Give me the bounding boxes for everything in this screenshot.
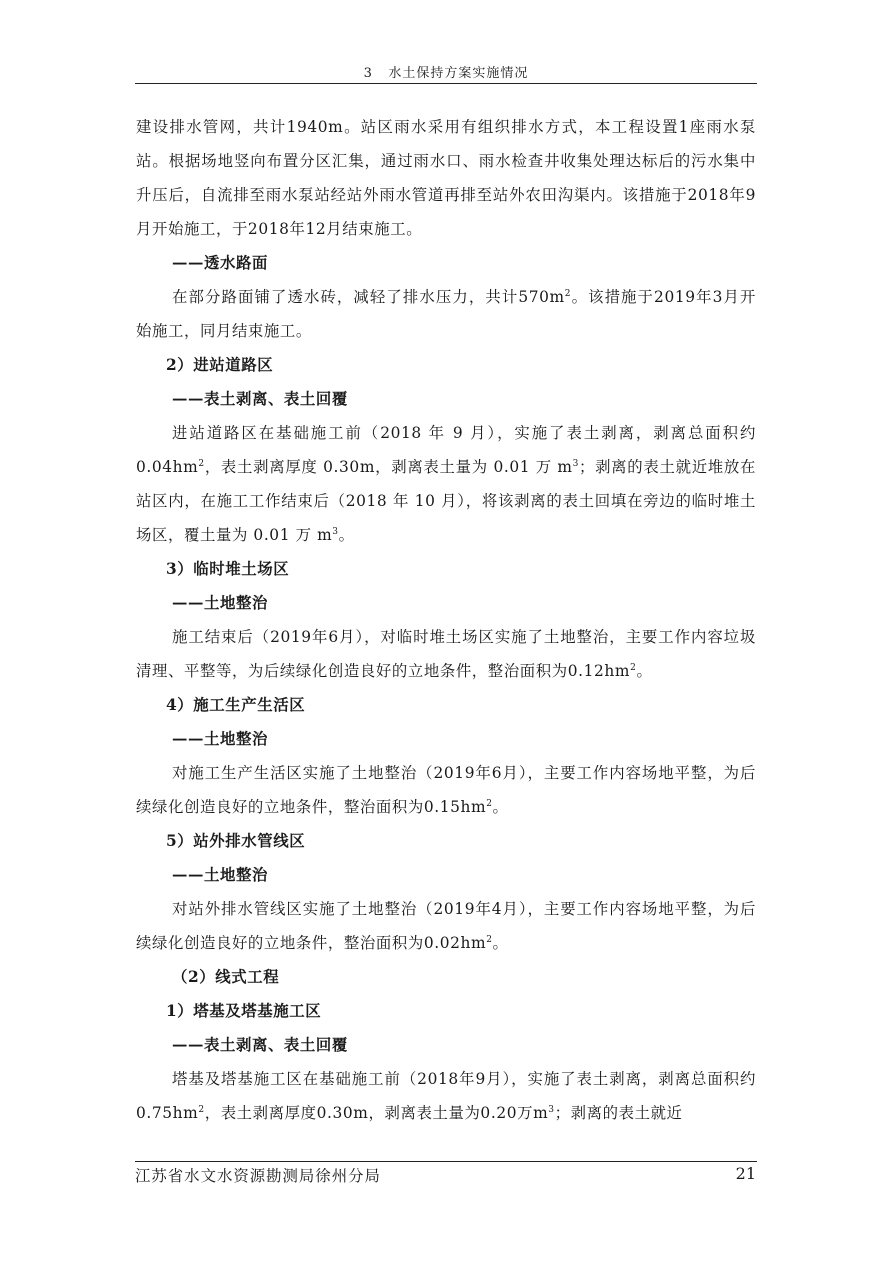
area-heading-outside-drainage: 5）站外排水管线区	[136, 824, 756, 858]
header-rule	[135, 83, 757, 84]
area-heading-temp-soil-yard: 3）临时堆土场区	[136, 552, 756, 586]
measure-heading-land-leveling: ——土地整治	[136, 722, 756, 756]
paragraph-drainage-network: 建设排水管网，共计1940m。站区雨水采用有组织排水方式，本工程设置1座雨水泵站…	[136, 110, 756, 246]
paragraph-tower-base: 塔基及塔基施工区在基础施工前（2018年9月），实施了表土剥离，剥离总面积约0.…	[136, 1062, 756, 1130]
measure-heading-land-leveling: ——土地整治	[136, 586, 756, 620]
page-body: 建设排水管网，共计1940m。站区雨水采用有组织排水方式，本工程设置1座雨水泵站…	[136, 110, 756, 1130]
chapter-number: 3	[364, 66, 373, 81]
paragraph-outside-drainage: 对站外排水管线区实施了土地整治（2019年4月），主要工作内容场地平整，为后续绿…	[136, 892, 756, 960]
measure-heading-topsoil-strip: ——表土剥离、表土回覆	[136, 1028, 756, 1062]
paragraph-temp-soil-yard: 施工结束后（2019年6月），对临时堆土场区实施了土地整治，主要工作内容垃圾清理…	[136, 620, 756, 688]
area-heading-access-road: 2）进站道路区	[136, 348, 756, 382]
page-number: 21	[736, 1164, 756, 1183]
footer-organization: 江苏省水文水资源勘测局徐州分局	[135, 1164, 381, 1186]
running-header: 3 水土保持方案实施情况	[135, 62, 757, 81]
paragraph-construction-living: 对施工生产生活区实施了土地整治（2019年6月），主要工作内容场地平整，为后续绿…	[136, 756, 756, 824]
footer-rule	[135, 1161, 757, 1162]
area-heading-construction-living: 4）施工生产生活区	[136, 688, 756, 722]
section-heading-linear-works: （2）线式工程	[136, 960, 756, 994]
chapter-title: 水土保持方案实施情况	[388, 66, 528, 81]
paragraph-access-road: 进站道路区在基础施工前（2018 年 9 月），实施了表土剥离，剥离总面积约 0…	[136, 416, 756, 552]
area-heading-tower-base: 1）塔基及塔基施工区	[136, 994, 756, 1028]
measure-heading-topsoil-strip: ——表土剥离、表土回覆	[136, 382, 756, 416]
measure-heading-land-leveling: ——土地整治	[136, 858, 756, 892]
measure-heading-permeable-pavement: ——透水路面	[136, 246, 756, 280]
paragraph-permeable-pavement: 在部分路面铺了透水砖，减轻了排水压力，共计570m2。该措施于2019年3月开始…	[136, 280, 756, 348]
